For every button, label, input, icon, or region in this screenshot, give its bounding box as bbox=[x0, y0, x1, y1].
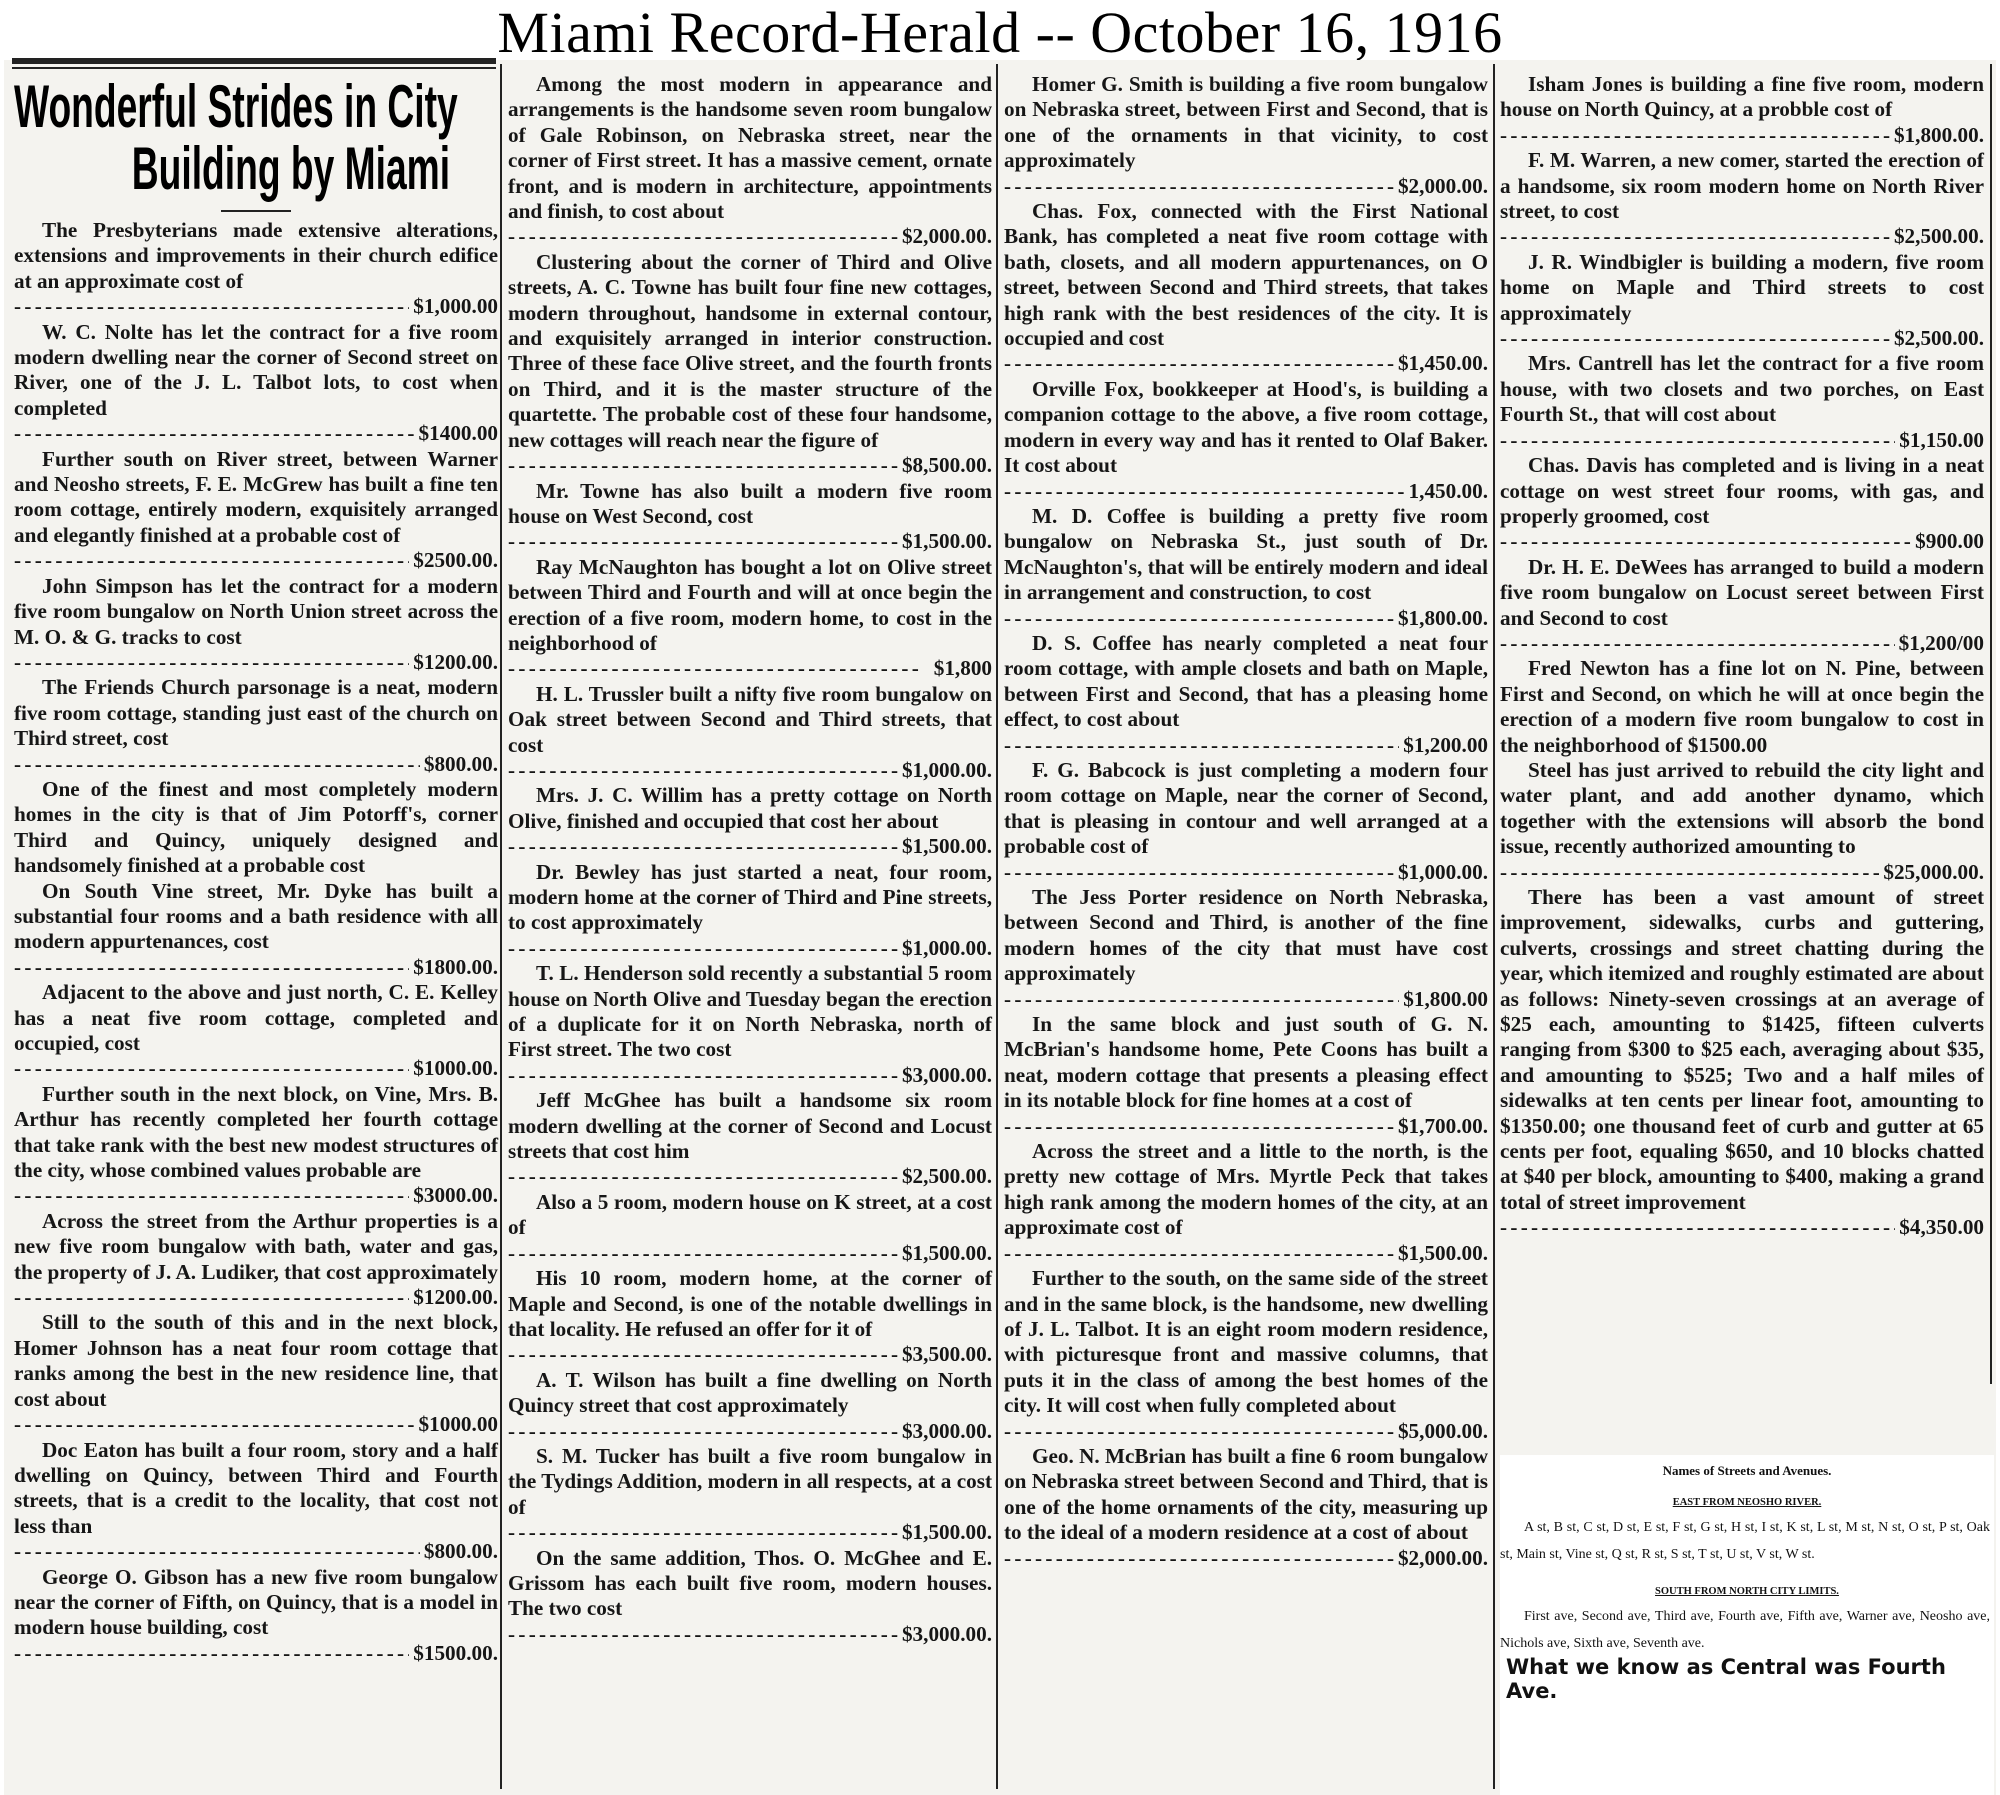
article-paragraph: His 10 room, modern home, at the corner … bbox=[508, 1266, 992, 1342]
cost-line: $1,800.00. bbox=[1500, 123, 1984, 148]
paragraph-text: On the same addition, Thos. O. McGhee an… bbox=[508, 1546, 992, 1621]
paragraph-text: H. L. Trussler built a nifty five room b… bbox=[508, 682, 992, 757]
cost-line: $1,000.00. bbox=[508, 936, 992, 961]
cost-amount: $1400.00 bbox=[415, 421, 498, 446]
cost-amount: $1,000.00. bbox=[1394, 860, 1488, 885]
cost-amount: $1000.00. bbox=[409, 1056, 498, 1081]
paragraph-text: S. M. Tucker has built a five room bunga… bbox=[508, 1444, 992, 1519]
dotted-leader bbox=[1004, 351, 1394, 376]
cost-line: $1,800.00 bbox=[1004, 987, 1488, 1012]
article-paragraph: S. M. Tucker has built a five room bunga… bbox=[508, 1444, 992, 1520]
article-paragraph: Across the street and a little to the no… bbox=[1004, 1139, 1488, 1241]
cost-line: $2,000.00. bbox=[1004, 174, 1488, 199]
article-paragraph: F. M. Warren, a new comer, started the e… bbox=[1500, 148, 1984, 224]
paragraph-text: John Simpson has let the contract for a … bbox=[14, 574, 498, 649]
paragraph-text: J. R. Windbigler is building a modern, f… bbox=[1500, 250, 1984, 325]
cost-line: $1000.00. bbox=[14, 1056, 498, 1081]
south-avenue-list: First ave, Second ave, Third ave, Fourth… bbox=[1500, 1603, 1990, 1657]
cost-line: $1200.00. bbox=[14, 650, 498, 675]
paragraph-text: Fred Newton has a fine lot on N. Pine, b… bbox=[1500, 656, 1984, 756]
column-divider bbox=[1493, 64, 1495, 1789]
east-street-list: A st, B st, C st, D st, E st, F st, G st… bbox=[1500, 1514, 1990, 1568]
article-paragraph: Mrs. J. C. Willim has a pretty cottage o… bbox=[508, 783, 992, 834]
article-paragraph: Chas. Fox, connected with the First Nati… bbox=[1004, 199, 1488, 351]
article-paragraph: Chas. Davis has completed and is living … bbox=[1500, 453, 1984, 529]
cost-amount: $1,800.00 bbox=[1399, 987, 1488, 1012]
cost-amount: $1,200.00 bbox=[1399, 733, 1488, 758]
paragraph-text: Dr. Bewley has just started a neat, four… bbox=[508, 860, 992, 935]
cost-line: $1000.00 bbox=[14, 1412, 498, 1437]
paragraph-text: Homer G. Smith is building a five room b… bbox=[1004, 72, 1488, 172]
paragraph-text: Further south in the next block, on Vine… bbox=[14, 1082, 498, 1182]
paragraph-text: A. T. Wilson has built a fine dwelling o… bbox=[508, 1368, 992, 1417]
cost-line: $3000.00. bbox=[14, 1183, 498, 1208]
dotted-leader bbox=[14, 1539, 420, 1564]
dotted-leader bbox=[1500, 326, 1890, 351]
article-paragraph: There has been a vast amount of street i… bbox=[1500, 885, 1984, 1215]
dotted-leader bbox=[14, 1412, 415, 1437]
south-heading: SOUTH FROM NORTH CITY LIMITS. bbox=[1500, 1586, 1994, 1597]
paragraph-text: Ray McNaughton has bought a lot on Olive… bbox=[508, 555, 992, 655]
cost-line: $2,500.00. bbox=[508, 1164, 992, 1189]
column-divider bbox=[1990, 64, 1992, 1384]
cost-amount: $1800.00. bbox=[409, 955, 498, 980]
street-names-box: Names of Streets and Avenues. EAST FROM … bbox=[1500, 1455, 1994, 1795]
paragraph-text: W. C. Nolte has let the contract for a f… bbox=[14, 320, 498, 420]
paragraph-text: Also a 5 room, modern house on K street,… bbox=[508, 1190, 992, 1239]
cost-amount: $2,000.00. bbox=[1394, 1546, 1488, 1571]
dotted-leader bbox=[1004, 479, 1405, 504]
dotted-leader bbox=[14, 955, 409, 980]
cost-amount: $1,700.00. bbox=[1394, 1114, 1488, 1139]
cost-amount: $8,500.00. bbox=[898, 453, 992, 478]
dotted-leader bbox=[1004, 987, 1399, 1012]
article-paragraph: A. T. Wilson has built a fine dwelling o… bbox=[508, 1368, 992, 1419]
cost-line: $1,700.00. bbox=[1004, 1114, 1488, 1139]
paragraph-text: Geo. N. McBrian has built a fine 6 room … bbox=[1004, 1444, 1488, 1544]
dotted-leader bbox=[508, 1520, 898, 1545]
cost-amount: $1,000.00. bbox=[898, 758, 992, 783]
cost-line: $1,500.00. bbox=[508, 1241, 992, 1266]
dotted-leader bbox=[1004, 860, 1394, 885]
cost-amount: 1,450.00. bbox=[1405, 479, 1488, 504]
cost-amount: $3000.00. bbox=[409, 1183, 498, 1208]
paragraph-text: M. D. Coffee is building a pretty five r… bbox=[1004, 504, 1488, 604]
dotted-leader bbox=[508, 529, 898, 554]
cost-line: $2,500.00. bbox=[1500, 326, 1984, 351]
paragraph-text: Mrs. J. C. Willim has a pretty cottage o… bbox=[508, 783, 992, 832]
cost-amount: $1200.00. bbox=[409, 1285, 498, 1310]
article-paragraph: Dr. Bewley has just started a neat, four… bbox=[508, 860, 992, 936]
masthead-title: Miami Record-Herald -- October 16, 1916 bbox=[0, 0, 2000, 66]
paragraph-text: Adjacent to the above and just north, C.… bbox=[14, 980, 498, 1055]
article-paragraph: Still to the south of this and in the ne… bbox=[14, 1310, 498, 1412]
cost-amount: $3,500.00. bbox=[898, 1342, 992, 1367]
cost-amount: $1,800 bbox=[930, 656, 992, 681]
dotted-leader bbox=[508, 224, 898, 249]
dotted-leader bbox=[508, 1342, 898, 1367]
cost-amount: $3,000.00. bbox=[898, 1622, 992, 1647]
paragraph-text: Orville Fox, bookkeeper at Hood's, is bu… bbox=[1004, 377, 1488, 477]
cost-amount: $2,500.00. bbox=[898, 1164, 992, 1189]
dotted-leader bbox=[1004, 1546, 1394, 1571]
article-paragraph: Fred Newton has a fine lot on N. Pine, b… bbox=[1500, 656, 1984, 758]
cost-amount: $1,500.00. bbox=[898, 529, 992, 554]
paragraph-text: Further to the south, on the same side o… bbox=[1004, 1266, 1488, 1417]
paragraph-text: Isham Jones is building a fine five room… bbox=[1500, 72, 1984, 121]
article-headline: Wonderful Strides in City Building by Mi… bbox=[14, 76, 498, 200]
cost-line: 1,450.00. bbox=[1004, 479, 1488, 504]
cost-amount: $1,800.00. bbox=[1394, 606, 1488, 631]
paragraph-text: Steel has just arrived to rebuild the ci… bbox=[1500, 758, 1984, 858]
cost-amount: $1000.00 bbox=[415, 1412, 498, 1437]
cost-line: $1,000.00 bbox=[14, 294, 498, 319]
article-column-2: Among the most modern in appearance and … bbox=[508, 72, 992, 1647]
cost-line: $8,500.00. bbox=[508, 453, 992, 478]
dotted-leader bbox=[1004, 1241, 1394, 1266]
cost-amount: $1200.00. bbox=[409, 650, 498, 675]
cost-line: $900.00 bbox=[1500, 529, 1984, 554]
paragraph-text: Across the street and a little to the no… bbox=[1004, 1139, 1488, 1239]
paragraph-text: On South Vine street, Mr. Dyke has built… bbox=[14, 879, 498, 954]
dotted-leader bbox=[1500, 631, 1895, 656]
article-paragraph: F. G. Babcock is just completing a moder… bbox=[1004, 758, 1488, 860]
paragraph-text: Chas. Davis has completed and is living … bbox=[1500, 453, 1984, 528]
dotted-leader bbox=[508, 656, 930, 681]
cost-line: $3,000.00. bbox=[508, 1419, 992, 1444]
dotted-leader bbox=[14, 1285, 409, 1310]
dotted-leader bbox=[1500, 123, 1890, 148]
paragraph-text: Mrs. Cantrell has let the contract for a… bbox=[1500, 351, 1984, 426]
article-paragraph: Doc Eaton has built a four room, story a… bbox=[14, 1438, 498, 1540]
dotted-leader bbox=[1004, 1114, 1394, 1139]
cost-line: $1,000.00. bbox=[508, 758, 992, 783]
cost-amount: $1,200/00 bbox=[1895, 631, 1984, 656]
dotted-leader bbox=[1004, 174, 1394, 199]
cost-line: $1,800 bbox=[508, 656, 992, 681]
cost-line: $2,000.00. bbox=[1004, 1546, 1488, 1571]
article-paragraph: Across the street from the Arthur proper… bbox=[14, 1209, 498, 1285]
dotted-leader bbox=[14, 752, 420, 777]
cost-amount: $900.00 bbox=[1911, 529, 1984, 554]
article-paragraph: On the same addition, Thos. O. McGhee an… bbox=[508, 1546, 992, 1622]
article-paragraph: Steel has just arrived to rebuild the ci… bbox=[1500, 758, 1984, 860]
cost-amount: $2,000.00. bbox=[1394, 174, 1488, 199]
headline-line-2: Building by Miami bbox=[14, 138, 498, 200]
dotted-leader bbox=[14, 1641, 409, 1666]
article-paragraph: Further to the south, on the same side o… bbox=[1004, 1266, 1488, 1418]
cost-line: $4,350.00 bbox=[1500, 1215, 1984, 1240]
article-paragraph: Isham Jones is building a fine five room… bbox=[1500, 72, 1984, 123]
cost-line: $800.00. bbox=[14, 752, 498, 777]
article-paragraph: Adjacent to the above and just north, C.… bbox=[14, 980, 498, 1056]
article-paragraph: Also a 5 room, modern house on K street,… bbox=[508, 1190, 992, 1241]
dotted-leader bbox=[14, 294, 409, 319]
column-divider bbox=[500, 64, 502, 1789]
article-paragraph: Jeff McGhee has built a handsome six roo… bbox=[508, 1088, 992, 1164]
dotted-leader bbox=[1500, 428, 1895, 453]
dotted-leader bbox=[1500, 1215, 1895, 1240]
dotted-leader bbox=[508, 1164, 898, 1189]
cost-line: $1,200.00 bbox=[1004, 733, 1488, 758]
article-paragraph: Further south in the next block, on Vine… bbox=[14, 1082, 498, 1184]
paragraph-text: His 10 room, modern home, at the corner … bbox=[508, 1266, 992, 1341]
paragraph-text: Jeff McGhee has built a handsome six roo… bbox=[508, 1088, 992, 1163]
annotation-note: What we know as Central was Fourth Ave. bbox=[1500, 1655, 1994, 1703]
dotted-leader bbox=[1500, 224, 1890, 249]
cost-line: $1400.00 bbox=[14, 421, 498, 446]
dotted-leader bbox=[1004, 606, 1394, 631]
paragraph-text: Dr. H. E. DeWees has arranged to build a… bbox=[1500, 555, 1984, 630]
paragraph-text: F. G. Babcock is just completing a moder… bbox=[1004, 758, 1488, 858]
article-paragraph: Homer G. Smith is building a five room b… bbox=[1004, 72, 1488, 174]
cost-line: $1,150.00 bbox=[1500, 428, 1984, 453]
article-paragraph: The Friends Church parsonage is a neat, … bbox=[14, 675, 498, 751]
article-paragraph: Mrs. Cantrell has let the contract for a… bbox=[1500, 351, 1984, 427]
article-paragraph: Among the most modern in appearance and … bbox=[508, 72, 992, 224]
dotted-leader bbox=[14, 548, 409, 573]
paragraph-text: Doc Eaton has built a four room, story a… bbox=[14, 1438, 498, 1538]
article-paragraph: One of the finest and most completely mo… bbox=[14, 777, 498, 879]
dotted-leader bbox=[14, 421, 415, 446]
article-paragraph: John Simpson has let the contract for a … bbox=[14, 574, 498, 650]
headline-line-1: Wonderful Strides in City bbox=[14, 73, 458, 140]
cost-line: $1,500.00. bbox=[1004, 1241, 1488, 1266]
paragraph-text: George O. Gibson has a new five room bun… bbox=[14, 1565, 498, 1640]
paragraph-text: F. M. Warren, a new comer, started the e… bbox=[1500, 148, 1984, 223]
cost-amount: $3,000.00. bbox=[898, 1063, 992, 1088]
paragraph-text: D. S. Coffee has nearly completed a neat… bbox=[1004, 631, 1488, 731]
dotted-leader bbox=[14, 1056, 409, 1081]
cost-line: $1,450.00. bbox=[1004, 351, 1488, 376]
article-column-1: Wonderful Strides in City Building by Mi… bbox=[14, 62, 498, 1666]
dotted-leader bbox=[1004, 733, 1399, 758]
cost-line: $1500.00. bbox=[14, 1641, 498, 1666]
column-divider bbox=[996, 64, 998, 1789]
cost-amount: $800.00. bbox=[420, 752, 498, 777]
paragraph-text: The Presbyterians made extensive alterat… bbox=[14, 218, 498, 293]
cost-amount: $800.00. bbox=[420, 1539, 498, 1564]
cost-amount: $2,500.00. bbox=[1890, 326, 1984, 351]
cost-line: $1200.00. bbox=[14, 1285, 498, 1310]
cost-line: $1,500.00. bbox=[508, 834, 992, 859]
cost-line: $1,200/00 bbox=[1500, 631, 1984, 656]
cost-line: $2,500.00. bbox=[1500, 224, 1984, 249]
cost-line: $3,000.00. bbox=[508, 1063, 992, 1088]
cost-amount: $3,000.00. bbox=[898, 1419, 992, 1444]
article-paragraph: T. L. Henderson sold recently a substant… bbox=[508, 961, 992, 1063]
article-paragraph: On South Vine street, Mr. Dyke has built… bbox=[14, 879, 498, 955]
article-paragraph: M. D. Coffee is building a pretty five r… bbox=[1004, 504, 1488, 606]
article-column-3: Homer G. Smith is building a five room b… bbox=[1004, 72, 1488, 1571]
cost-line: $1,800.00. bbox=[1004, 606, 1488, 631]
dotted-leader bbox=[14, 1183, 409, 1208]
dotted-leader bbox=[14, 650, 409, 675]
paragraph-text: Chas. Fox, connected with the First Nati… bbox=[1004, 199, 1488, 350]
article-paragraph: The Presbyterians made extensive alterat… bbox=[14, 218, 498, 294]
cost-amount: $1,450.00. bbox=[1394, 351, 1488, 376]
dotted-leader bbox=[508, 453, 898, 478]
article-paragraph: H. L. Trussler built a nifty five room b… bbox=[508, 682, 992, 758]
article-paragraph: W. C. Nolte has let the contract for a f… bbox=[14, 320, 498, 422]
cost-line: $1800.00. bbox=[14, 955, 498, 980]
article-paragraph: Clustering about the corner of Third and… bbox=[508, 250, 992, 453]
east-heading: EAST FROM NEOSHO RIVER. bbox=[1500, 1497, 1994, 1508]
article-paragraph: J. R. Windbigler is building a modern, f… bbox=[1500, 250, 1984, 326]
cost-line: $5,000.00. bbox=[1004, 1419, 1488, 1444]
dotted-leader bbox=[1500, 860, 1879, 885]
paragraph-text: Among the most modern in appearance and … bbox=[508, 72, 992, 223]
article-paragraph: George O. Gibson has a new five room bun… bbox=[14, 1565, 498, 1641]
paragraph-text: T. L. Henderson sold recently a substant… bbox=[508, 961, 992, 1061]
cost-line: $25,000.00. bbox=[1500, 860, 1984, 885]
cost-line: $1,000.00. bbox=[1004, 860, 1488, 885]
paragraph-text: One of the finest and most completely mo… bbox=[14, 777, 498, 877]
paragraph-text: There has been a vast amount of street i… bbox=[1500, 885, 1984, 1214]
paragraph-text: Further south on River street, between W… bbox=[14, 447, 498, 547]
dotted-leader bbox=[508, 1063, 898, 1088]
dotted-leader bbox=[508, 758, 898, 783]
cost-line: $2,000.00. bbox=[508, 224, 992, 249]
cost-amount: $4,350.00 bbox=[1895, 1215, 1984, 1240]
article-paragraph: Geo. N. McBrian has built a fine 6 room … bbox=[1004, 1444, 1488, 1546]
article-paragraph: Further south on River street, between W… bbox=[14, 447, 498, 549]
cost-amount: $1500.00. bbox=[409, 1641, 498, 1666]
paragraph-text: Still to the south of this and in the ne… bbox=[14, 1310, 498, 1410]
cost-amount: $5,000.00. bbox=[1394, 1419, 1488, 1444]
cost-amount: $1,000.00. bbox=[898, 936, 992, 961]
cost-line: $2500.00. bbox=[14, 548, 498, 573]
cost-amount: $1,500.00. bbox=[898, 1520, 992, 1545]
cost-line: $1,500.00. bbox=[508, 1520, 992, 1545]
cost-amount: $1,000.00 bbox=[409, 294, 498, 319]
paragraph-text: The Friends Church parsonage is a neat, … bbox=[14, 675, 498, 750]
paragraph-text: The Jess Porter residence on North Nebra… bbox=[1004, 885, 1488, 985]
cost-amount: $1,800.00. bbox=[1890, 123, 1984, 148]
cost-amount: $2,500.00. bbox=[1890, 224, 1984, 249]
cost-amount: $2,000.00. bbox=[898, 224, 992, 249]
article-paragraph: D. S. Coffee has nearly completed a neat… bbox=[1004, 631, 1488, 733]
dotted-leader bbox=[508, 1622, 898, 1647]
article-paragraph: Dr. H. E. DeWees has arranged to build a… bbox=[1500, 555, 1984, 631]
cost-line: $1,500.00. bbox=[508, 529, 992, 554]
article-paragraph: In the same block and just south of G. N… bbox=[1004, 1012, 1488, 1114]
cost-line: $3,000.00. bbox=[508, 1622, 992, 1647]
cost-amount: $1,500.00. bbox=[1394, 1241, 1488, 1266]
paragraph-text: Mr. Towne has also built a modern five r… bbox=[508, 479, 992, 528]
article-paragraph: The Jess Porter residence on North Nebra… bbox=[1004, 885, 1488, 987]
cost-amount: $1,150.00 bbox=[1895, 428, 1984, 453]
paragraph-text: In the same block and just south of G. N… bbox=[1004, 1012, 1488, 1112]
cost-line: $3,500.00. bbox=[508, 1342, 992, 1367]
article-paragraph: Mr. Towne has also built a modern five r… bbox=[508, 479, 992, 530]
article-column-4: Isham Jones is building a fine five room… bbox=[1500, 72, 1984, 1241]
dotted-leader bbox=[508, 1241, 898, 1266]
article-paragraph: Ray McNaughton has bought a lot on Olive… bbox=[508, 555, 992, 657]
paragraph-text: Clustering about the corner of Third and… bbox=[508, 250, 992, 452]
cost-amount: $1,500.00. bbox=[898, 834, 992, 859]
dotted-leader bbox=[508, 936, 898, 961]
cost-amount: $25,000.00. bbox=[1879, 860, 1984, 885]
street-names-title: Names of Streets and Avenues. bbox=[1500, 1463, 1994, 1479]
cost-amount: $2500.00. bbox=[409, 548, 498, 573]
dotted-leader bbox=[1500, 529, 1911, 554]
dotted-leader bbox=[508, 1419, 898, 1444]
cost-line: $800.00. bbox=[14, 1539, 498, 1564]
dotted-leader bbox=[1004, 1419, 1394, 1444]
paragraph-text: Across the street from the Arthur proper… bbox=[14, 1209, 498, 1284]
cost-amount: $1,500.00. bbox=[898, 1241, 992, 1266]
article-paragraph: Orville Fox, bookkeeper at Hood's, is bu… bbox=[1004, 377, 1488, 479]
dotted-leader bbox=[508, 834, 898, 859]
headline-separator bbox=[221, 210, 291, 212]
